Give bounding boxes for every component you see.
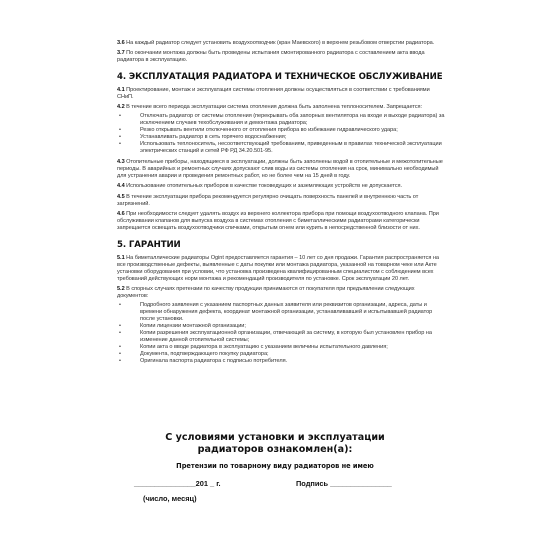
paragraph-4-6: 4.6 При необходимости следует удалять во…: [117, 211, 447, 232]
clause-text: В спорных случаях претензии по качеству …: [117, 286, 415, 299]
list-item: Копии лицензии монтажной организации;: [117, 323, 447, 330]
list-item: Подробного заявления с указанием паспорт…: [117, 302, 447, 323]
date-field[interactable]: _______________201 _ г.: [134, 479, 221, 488]
clause-number: 4.3: [117, 159, 125, 165]
clause-number: 3.6: [117, 40, 125, 46]
prohibitions-list: Отключать радиатор от системы отопления …: [117, 113, 447, 156]
clause-number: 5.2: [117, 286, 125, 292]
paragraph-4-4: 4.4 Использование отопительных приборов …: [117, 183, 447, 190]
clause-text: По окончании монтажа должны быть проведе…: [117, 50, 425, 63]
clause-number: 4.6: [117, 211, 125, 217]
clause-text: Проектирование, монтаж и эксплуатация си…: [117, 87, 430, 100]
list-item: Оригинала паспорта радиатора с подписью …: [117, 358, 447, 365]
signature-field[interactable]: Подпись _______________: [296, 479, 392, 488]
clause-number: 4.4: [117, 183, 125, 189]
clause-text: Использование отопительных приборов в ка…: [125, 183, 402, 189]
paragraph-4-1: 4.1 Проектирование, монтаж и эксплуатаци…: [117, 87, 447, 101]
clause-text: В течение эксплуатации прибора рекоменду…: [117, 194, 418, 207]
list-item: Документа, подтверждающего покупку радиа…: [117, 351, 447, 358]
section-5-heading: 5. ГАРАНТИИ: [117, 240, 447, 250]
no-claims-statement: Претензии по товарному виду радиаторов н…: [0, 462, 550, 470]
paragraph-4-3: 4.3 Отопительные приборы, находящиеся в …: [117, 159, 447, 180]
clause-number: 3.7: [117, 50, 125, 56]
paragraph-4-2: 4.2 В течение всего периода эксплуатации…: [117, 104, 447, 111]
list-item: Резко открывать вентили отключенного от …: [117, 127, 447, 134]
clause-text: На биметаллические радиаторы Ogint предо…: [117, 255, 439, 282]
clause-text: Отопительные приборы, находящиеся в эксп…: [117, 159, 443, 179]
acknowledgement-statement: С условиями установки и эксплуатации рад…: [0, 432, 550, 456]
clause-text: При необходимости следует удалять воздух…: [117, 211, 439, 231]
list-item: Копии разрешения эксплуатационной органи…: [117, 330, 447, 344]
clause-number: 4.1: [117, 87, 125, 93]
list-item: Использовать теплоноситель, несоответств…: [117, 141, 447, 155]
list-item: Копии акта о вводе радиатора в эксплуата…: [117, 344, 447, 351]
paragraph-4-5: 4.5 В течение эксплуатации прибора реком…: [117, 194, 447, 208]
paragraph-3-7: 3.7 По окончании монтажа должны быть про…: [117, 50, 447, 64]
list-item: Устанавливать радиатор в сеть горячего в…: [117, 134, 447, 141]
list-item: Отключать радиатор от системы отопления …: [117, 113, 447, 127]
paragraph-5-2: 5.2 В спорных случаях претензии по качес…: [117, 286, 447, 300]
paragraph-3-6: 3.6 На каждый радиатор следует установит…: [117, 40, 447, 47]
section-4-heading: 4. ЭКСПЛУАТАЦИЯ РАДИАТОРА И ТЕХНИЧЕСКОЕ …: [117, 72, 447, 82]
clause-text: На каждый радиатор следует установить во…: [125, 40, 435, 46]
clause-text: В течение всего периода эксплуатации сис…: [125, 104, 422, 110]
clause-number: 4.5: [117, 194, 125, 200]
clause-number: 4.2: [117, 104, 125, 110]
documents-list: Подробного заявления с указанием паспорт…: [117, 302, 447, 366]
paragraph-5-1: 5.1 На биметаллические радиаторы Ogint п…: [117, 255, 447, 283]
date-field-caption: (число, месяц): [143, 494, 197, 503]
document-page: 3.6 На каждый радиатор следует установит…: [117, 40, 447, 369]
acknowledgement-text: С условиями установки и эксплуатации рад…: [145, 432, 405, 456]
clause-number: 5.1: [117, 255, 125, 261]
